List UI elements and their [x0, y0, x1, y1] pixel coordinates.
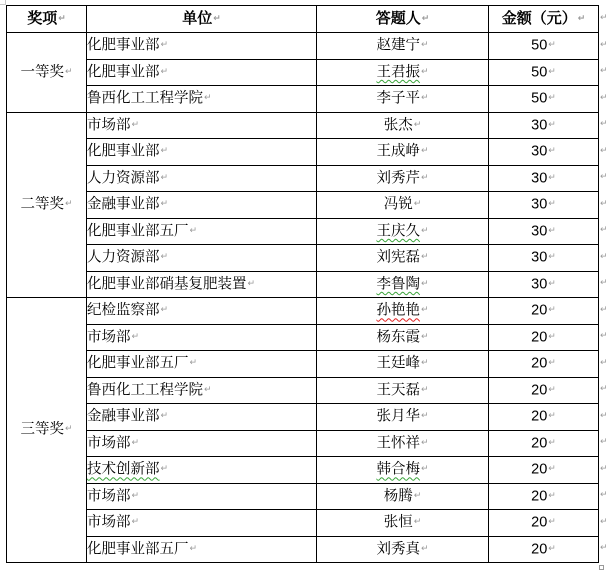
amount-cell[interactable]: 50↵: [489, 33, 599, 60]
amount-cell[interactable]: 30↵: [489, 271, 599, 298]
table-resize-handle[interactable]: [599, 565, 604, 570]
paragraph-mark-icon: ↵: [421, 438, 429, 448]
end-of-row-mark-icon: ↵: [600, 403, 607, 430]
paragraph-mark-icon: ↵: [190, 544, 198, 554]
paragraph-mark-icon: ↵: [204, 93, 212, 103]
paragraph-mark-icon: ↵: [421, 40, 429, 50]
unit-cell[interactable]: 鲁西化工工程学院↵: [87, 377, 317, 404]
end-of-row-mark-icon: ↵: [600, 350, 607, 377]
end-of-row-mark-icon: ↵: [600, 32, 607, 59]
table-row: 人力资源部↵ 刘宪磊↵ 30↵: [7, 245, 599, 272]
end-of-row-mark-icon: ↵: [600, 244, 607, 271]
person-cell[interactable]: 王廷峰↵: [317, 351, 489, 378]
person-cell[interactable]: 李鲁陶↵: [317, 271, 489, 298]
unit-cell[interactable]: 化肥事业部五厂↵: [87, 536, 317, 563]
paragraph-mark-icon: ↵: [65, 67, 73, 77]
unit-cell[interactable]: 人力资源部↵: [87, 165, 317, 192]
paragraph-mark-icon: ↵: [161, 67, 169, 77]
paragraph-mark-icon: ↵: [65, 199, 73, 209]
paragraph-mark-icon: ↵: [161, 252, 169, 262]
paragraph-mark-icon: ↵: [548, 67, 556, 77]
paragraph-mark-icon: ↵: [548, 120, 556, 130]
amount-cell[interactable]: 50↵: [489, 86, 599, 113]
spelling-flagged-text: 孙艳艳: [376, 303, 420, 319]
amount-cell[interactable]: 20↵: [489, 483, 599, 510]
amount-cell[interactable]: 20↵: [489, 536, 599, 563]
amount-cell[interactable]: 20↵: [489, 404, 599, 431]
table-row: 化肥事业部五厂↵ 王廷峰↵ 20↵: [7, 351, 599, 378]
paragraph-mark-icon: ↵: [204, 385, 212, 395]
paragraph-mark-icon: ↵: [548, 332, 556, 342]
paragraph-mark-icon: ↵: [421, 385, 429, 395]
unit-cell[interactable]: 金融事业部↵: [87, 404, 317, 431]
table-row: 市场部↵ 杨东霞↵ 20↵: [7, 324, 599, 351]
person-cell[interactable]: 冯锐↵: [317, 192, 489, 219]
unit-cell[interactable]: 市场部↵: [87, 510, 317, 537]
paragraph-mark-icon: ↵: [421, 226, 429, 236]
unit-cell[interactable]: 鲁西化工工程学院↵: [87, 86, 317, 113]
paragraph-mark-icon: ↵: [161, 199, 169, 209]
unit-cell[interactable]: 市场部↵: [87, 483, 317, 510]
person-cell[interactable]: 张杰↵: [317, 112, 489, 139]
amount-cell[interactable]: 30↵: [489, 218, 599, 245]
paragraph-mark-icon: ↵: [548, 491, 556, 501]
paragraph-mark-icon: ↵: [548, 279, 556, 289]
paragraph-mark-icon: ↵: [421, 93, 429, 103]
paragraph-mark-icon: ↵: [132, 438, 140, 448]
paragraph-mark-icon: ↵: [548, 358, 556, 368]
person-cell[interactable]: 王君振↵: [317, 59, 489, 86]
amount-cell[interactable]: 20↵: [489, 377, 599, 404]
paragraph-mark-icon: ↵: [161, 305, 169, 315]
paragraph-mark-icon: ↵: [548, 40, 556, 50]
paragraph-mark-icon: ↵: [421, 146, 429, 156]
end-of-row-mark-icon: ↵: [600, 376, 607, 403]
paragraph-mark-icon: ↵: [414, 517, 422, 527]
paragraph-mark-icon: ↵: [548, 146, 556, 156]
end-of-row-mark-icon: ↵: [600, 429, 607, 456]
table-row: 市场部↵ 杨腾↵ 20↵: [7, 483, 599, 510]
paragraph-mark-icon: ↵: [132, 491, 140, 501]
paragraph-mark-icon: ↵: [421, 67, 429, 77]
person-cell[interactable]: 刘秀芹↵: [317, 165, 489, 192]
paragraph-mark-icon: ↵: [548, 252, 556, 262]
end-of-row-mark-icon: ↵: [600, 297, 607, 324]
table-row: 市场部↵ 张恒↵ 20↵: [7, 510, 599, 537]
prize-cell-third[interactable]: 三等奖↵: [7, 298, 87, 563]
paragraph-mark-icon: ↵: [548, 226, 556, 236]
paragraph-mark-icon: ↵: [422, 14, 430, 24]
header-amount[interactable]: 金额（元）↵: [489, 6, 599, 33]
person-cell[interactable]: 杨东霞↵: [317, 324, 489, 351]
paragraph-mark-icon: ↵: [548, 173, 556, 183]
paragraph-mark-icon: ↵: [161, 40, 169, 50]
paragraph-mark-icon: ↵: [421, 305, 429, 315]
table-row: 技术创新部↵ 韩合梅↵ 20↵: [7, 457, 599, 484]
header-row: 奖项↵ 单位↵ 答题人↵ 金额（元）↵: [7, 6, 599, 33]
paragraph-mark-icon: ↵: [548, 438, 556, 448]
unit-cell[interactable]: 市场部↵: [87, 112, 317, 139]
paragraph-mark-icon: ↵: [421, 358, 429, 368]
unit-cell[interactable]: 市场部↵: [87, 430, 317, 457]
amount-cell[interactable]: 20↵: [489, 430, 599, 457]
header-person[interactable]: 答题人↵: [317, 6, 489, 33]
unit-cell[interactable]: 化肥事业部硝基复肥装置↵: [87, 271, 317, 298]
paragraph-mark-icon: ↵: [161, 146, 169, 156]
unit-cell[interactable]: 化肥事业部↵: [87, 59, 317, 86]
paragraph-mark-icon: ↵: [213, 14, 221, 24]
paragraph-mark-icon: ↵: [548, 464, 556, 474]
person-cell[interactable]: 王成峥↵: [317, 139, 489, 166]
table-row: 市场部↵ 王怀祥↵ 20↵: [7, 430, 599, 457]
person-cell[interactable]: 张月华↵: [317, 404, 489, 431]
paragraph-mark-icon: ↵: [132, 517, 140, 527]
unit-cell[interactable]: 技术创新部↵: [87, 457, 317, 484]
grammar-flagged-text: 韩合梅: [376, 462, 420, 478]
amount-cell[interactable]: 30↵: [489, 165, 599, 192]
unit-cell[interactable]: 金融事业部↵: [87, 192, 317, 219]
paragraph-mark-icon: ↵: [161, 464, 169, 474]
header-unit[interactable]: 单位↵: [87, 6, 317, 33]
table-row: 化肥事业部五厂↵ 刘秀真↵ 20↵: [7, 536, 599, 563]
end-of-row-mark-icon: ↵: [600, 217, 607, 244]
paragraph-mark-icon: ↵: [190, 358, 198, 368]
paragraph-mark-icon: ↵: [421, 252, 429, 262]
person-cell[interactable]: 刘秀真↵: [317, 536, 489, 563]
unit-cell[interactable]: 市场部↵: [87, 324, 317, 351]
paragraph-mark-icon: ↵: [421, 173, 429, 183]
paragraph-mark-icon: ↵: [548, 411, 556, 421]
unit-cell[interactable]: 化肥事业部五厂↵: [87, 351, 317, 378]
end-of-row-mark-icon: ↵: [600, 85, 607, 112]
paragraph-mark-icon: ↵: [65, 424, 73, 434]
paragraph-mark-icon: ↵: [548, 544, 556, 554]
end-of-row-mark-icon: ↵: [600, 58, 607, 85]
unit-cell[interactable]: 化肥事业部↵: [87, 33, 317, 60]
paragraph-mark-icon: ↵: [190, 226, 198, 236]
amount-cell[interactable]: 20↵: [489, 510, 599, 537]
table-row: 鲁西化工工程学院↵ 李子平↵ 50↵: [7, 86, 599, 113]
paragraph-mark-icon: ↵: [248, 279, 256, 289]
end-of-row-mark-icon: ↵: [600, 5, 607, 32]
end-of-row-marks: ↵ ↵ ↵ ↵ ↵ ↵ ↵ ↵ ↵ ↵ ↵ ↵ ↵ ↵ ↵ ↵ ↵ ↵ ↵ ↵ …: [600, 5, 607, 562]
end-of-row-mark-icon: ↵: [600, 164, 607, 191]
end-of-row-mark-icon: ↵: [600, 111, 607, 138]
prize-cell-second[interactable]: 二等奖↵: [7, 112, 87, 298]
person-cell[interactable]: 王怀祥↵: [317, 430, 489, 457]
table-row: 化肥事业部硝基复肥装置↵ 李鲁陶↵ 30↵: [7, 271, 599, 298]
amount-cell[interactable]: 20↵: [489, 457, 599, 484]
table-row: 化肥事业部↵ 王成峥↵ 30↵: [7, 139, 599, 166]
end-of-row-mark-icon: ↵: [600, 138, 607, 165]
paragraph-mark-icon: ↵: [414, 491, 422, 501]
table-row: 二等奖↵ 市场部↵ 张杰↵ 30↵: [7, 112, 599, 139]
grammar-flagged-text: 王君振: [376, 64, 420, 80]
paragraph-mark-icon: ↵: [421, 332, 429, 342]
paragraph-mark-icon: ↵: [548, 517, 556, 527]
person-cell[interactable]: 张恒↵: [317, 510, 489, 537]
prize-cell-first[interactable]: 一等奖↵: [7, 33, 87, 113]
paragraph-mark-icon: ↵: [132, 332, 140, 342]
unit-cell[interactable]: 化肥事业部↵: [87, 139, 317, 166]
end-of-row-mark-icon: ↵: [600, 191, 607, 218]
paragraph-mark-icon: ↵: [548, 93, 556, 103]
end-of-row-mark-icon: ↵: [600, 323, 607, 350]
grammar-flagged-text: 王庆久: [376, 223, 420, 239]
paragraph-mark-icon: ↵: [161, 173, 169, 183]
person-cell[interactable]: 刘宪磊↵: [317, 245, 489, 272]
header-prize[interactable]: 奖项↵: [7, 6, 87, 33]
end-of-row-mark-icon: ↵: [600, 270, 607, 297]
award-table: 奖项↵ 单位↵ 答题人↵ 金额（元）↵ 一等奖↵ 化肥事业部↵ 赵建宁↵ 50↵…: [6, 5, 599, 563]
amount-cell[interactable]: 20↵: [489, 324, 599, 351]
grammar-flagged-text: 李鲁陶: [376, 276, 420, 292]
paragraph-mark-icon: ↵: [414, 199, 422, 209]
amount-cell[interactable]: 30↵: [489, 245, 599, 272]
end-of-row-mark-icon: ↵: [600, 482, 607, 509]
amount-cell[interactable]: 30↵: [489, 139, 599, 166]
end-of-row-mark-icon: ↵: [600, 509, 607, 536]
unit-cell[interactable]: 化肥事业部五厂↵: [87, 218, 317, 245]
amount-cell[interactable]: 30↵: [489, 112, 599, 139]
table-row: 人力资源部↵ 刘秀芹↵ 30↵: [7, 165, 599, 192]
person-cell[interactable]: 王庆久↵: [317, 218, 489, 245]
end-of-row-mark-icon: ↵: [600, 535, 607, 562]
paragraph-mark-icon: ↵: [414, 120, 422, 130]
person-cell[interactable]: 王天磊↵: [317, 377, 489, 404]
table-row: 化肥事业部↵ 王君振↵ 50↵: [7, 59, 599, 86]
table-row: 三等奖↵ 纪检监察部↵ 孙艳艳↵ 20↵: [7, 298, 599, 325]
amount-cell[interactable]: 20↵: [489, 351, 599, 378]
person-cell[interactable]: 杨腾↵: [317, 483, 489, 510]
paragraph-mark-icon: ↵: [548, 199, 556, 209]
unit-cell[interactable]: 纪检监察部↵: [87, 298, 317, 325]
paragraph-mark-icon: ↵: [58, 14, 66, 24]
table-row: 金融事业部↵ 张月华↵ 20↵: [7, 404, 599, 431]
paragraph-mark-icon: ↵: [548, 385, 556, 395]
amount-cell[interactable]: 20↵: [489, 298, 599, 325]
end-of-row-mark-icon: ↵: [600, 456, 607, 483]
grammar-flagged-text: 技术创新部: [87, 462, 160, 478]
paragraph-mark-icon: ↵: [421, 279, 429, 289]
paragraph-mark-icon: ↵: [132, 120, 140, 130]
table-row: 鲁西化工工程学院↵ 王天磊↵ 20↵: [7, 377, 599, 404]
table-row: 化肥事业部五厂↵ 王庆久↵ 30↵: [7, 218, 599, 245]
person-cell[interactable]: 赵建宁↵: [317, 33, 489, 60]
paragraph-mark-icon: ↵: [421, 464, 429, 474]
amount-cell[interactable]: 50↵: [489, 59, 599, 86]
person-cell[interactable]: 李子平↵: [317, 86, 489, 113]
paragraph-mark-icon: ↵: [421, 544, 429, 554]
paragraph-mark-icon: ↵: [161, 411, 169, 421]
person-cell[interactable]: 韩合梅↵: [317, 457, 489, 484]
amount-cell[interactable]: 30↵: [489, 192, 599, 219]
person-cell[interactable]: 孙艳艳↵: [317, 298, 489, 325]
paragraph-mark-icon: ↵: [578, 14, 586, 24]
paragraph-mark-icon: ↵: [421, 411, 429, 421]
table-row: 一等奖↵ 化肥事业部↵ 赵建宁↵ 50↵: [7, 33, 599, 60]
paragraph-mark-icon: ↵: [548, 305, 556, 315]
table-row: 金融事业部↵ 冯锐↵ 30↵: [7, 192, 599, 219]
unit-cell[interactable]: 人力资源部↵: [87, 245, 317, 272]
